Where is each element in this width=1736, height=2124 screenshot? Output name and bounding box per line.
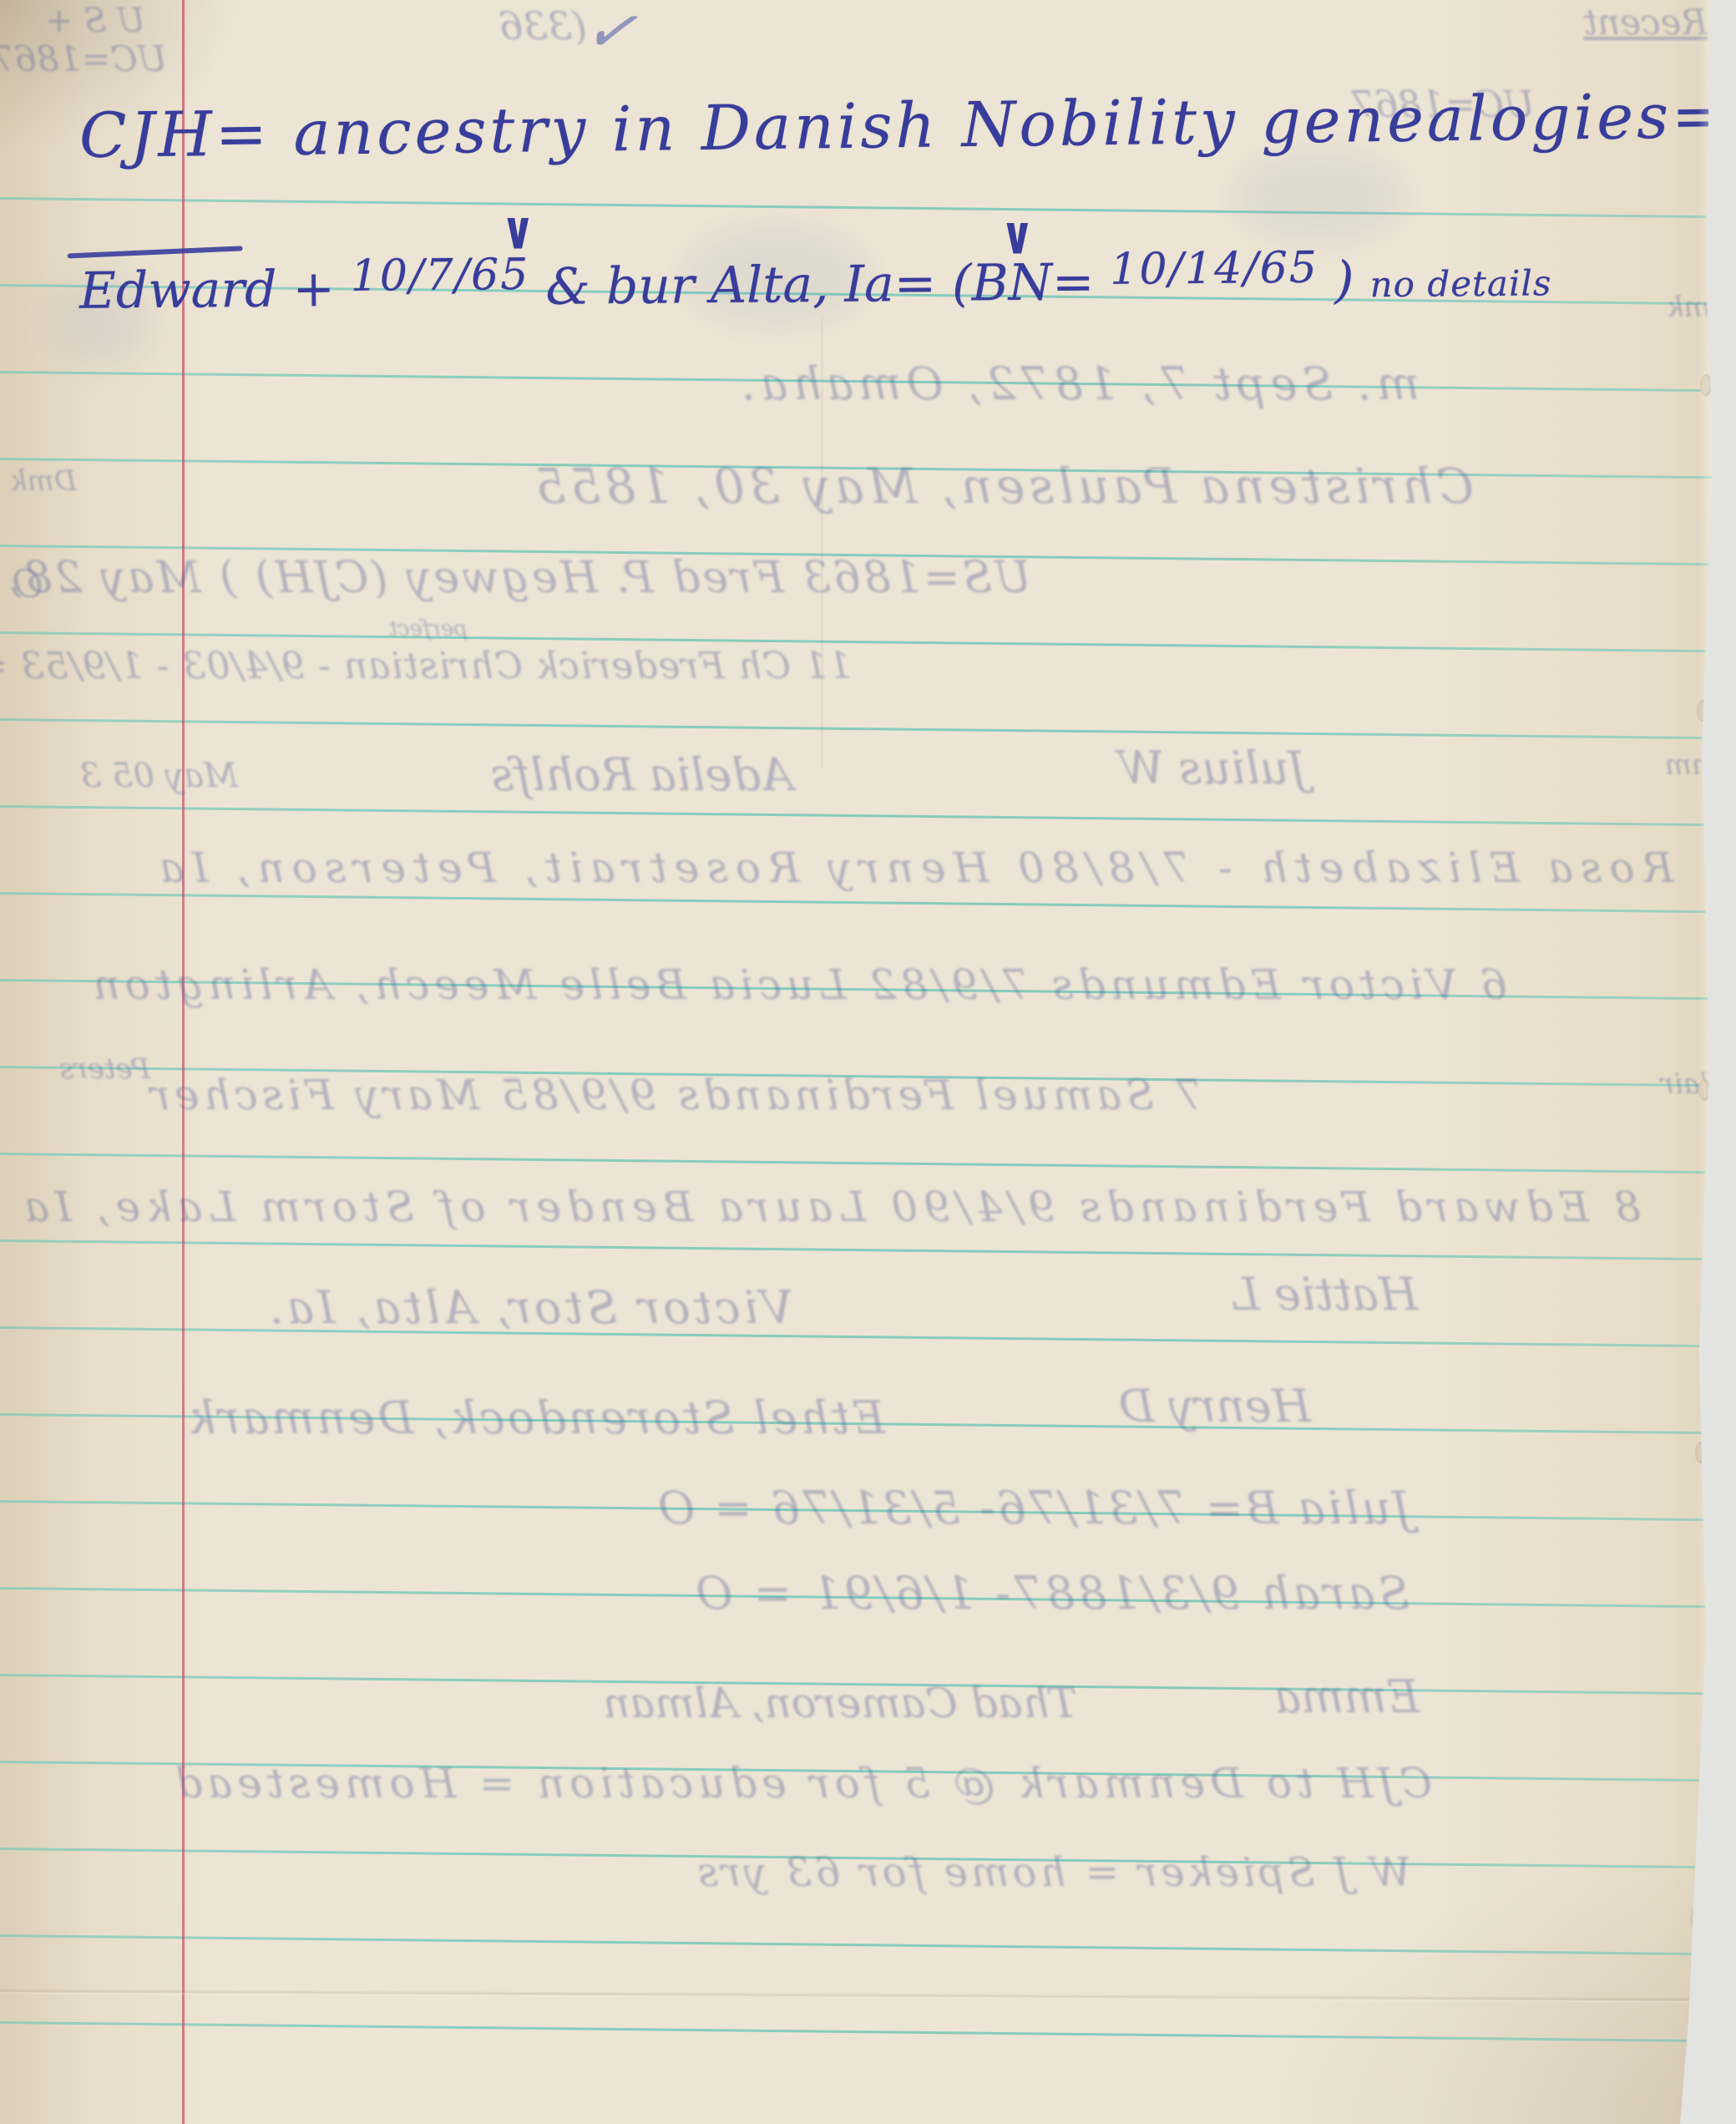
bleed-row_hattie: Hattie L xyxy=(1166,1268,1418,1321)
bleed-row_emma: Emma xyxy=(1243,1670,1420,1723)
rule-line xyxy=(0,805,1712,826)
rule-line xyxy=(0,1934,1712,1955)
rule-line xyxy=(0,2021,1712,2042)
insertion-caret-2: ∨ xyxy=(1000,205,1035,266)
checkmark-icon: ✓ xyxy=(580,0,640,70)
bleed-row_samuel: 7 Samuel Ferdinands 9/9/85 Mary Fischer xyxy=(127,1071,1202,1119)
bleed-row_m_sept: m. Sept 7, 1872, Omaha. xyxy=(726,357,1420,410)
bleed-row_spieker: W J Spieker = home for 63 yrs xyxy=(499,1849,1411,1896)
name-edward: Edward xyxy=(79,261,277,321)
torn-edge-notch xyxy=(1697,700,1708,722)
bleed-row_cjh_denmark: CJH to Denmark @ 5 for education = Homes… xyxy=(29,1759,1432,1807)
page-title-handwriting: CJH= ancestry in Danish Nobility genealo… xyxy=(79,80,1728,172)
notebook-paper: U S +UC=1867Recent(336UC=1867m. Sept 7, … xyxy=(0,0,1736,2124)
bleed-row_julia: Julia B= 7/31/76- 5/31/76 = O xyxy=(499,1482,1411,1534)
bn-date: 10/14/65 xyxy=(1110,243,1318,295)
rule-line xyxy=(0,1153,1712,1174)
torn-edge-notch xyxy=(1695,1442,1707,1463)
bleed-frag_o_left: O xyxy=(5,561,43,606)
bleed-row_ethel: Ethel Storendock, Denmark xyxy=(0,1391,885,1444)
torn-edge-notch xyxy=(1690,1908,1702,1929)
bleed-us_plus: U S + xyxy=(3,2,145,40)
ink-smudge xyxy=(1236,150,1403,242)
rule-line xyxy=(0,197,1712,218)
rule-line xyxy=(0,718,1712,739)
bleed-row_sarah: Sarah 9/3/1887- 1/6/91 = O xyxy=(466,1567,1410,1620)
horizontal-fold-crease xyxy=(0,1989,1703,2004)
insertion-caret-1: ∨ xyxy=(501,200,535,261)
bleed-frag_peters: Peters xyxy=(23,1052,150,1086)
bleed-frag_blair: Blair xyxy=(1633,1067,1730,1101)
bleed-row_christena: Christena Paulsen, May 30, 1855 xyxy=(413,458,1474,515)
note-line-handwriting: Edward + 10/7/65 & bur Alta, Ia= (BN= 10… xyxy=(79,241,1552,320)
bleed-row_victor: 6 Victor Edmunds 7/9/82 Lucia Belle Meec… xyxy=(40,961,1507,1009)
bleed-c336: (336 xyxy=(488,3,587,48)
bleed-row_rosa: 4 Rosa Elizabeth - 7/8/80 Henry Rosetrai… xyxy=(43,844,1728,892)
bleed-row_edward8: 8 Edward Ferdinands 9/4/90 Laura Bender … xyxy=(32,1183,1641,1231)
plus-mark: + xyxy=(292,260,335,318)
bleed-row_victor_stor: Victor Stor, Alta, Ia. xyxy=(58,1281,793,1334)
torn-edge-notch xyxy=(1698,1079,1710,1101)
bleed-row_us1863: US=1863 Fred P. Hegwey (CJH) ) May 28, 1… xyxy=(21,553,1031,603)
bleed-recent: Recent xyxy=(1541,2,1708,43)
close-paren: ) xyxy=(1334,251,1354,309)
bleed-row_adelia: Adelia Rohlfs xyxy=(327,748,793,801)
bleed-frag_dmk_right: Dmk xyxy=(1657,291,1733,324)
bleed-frag_perfect: perfect xyxy=(367,616,468,641)
no-details-note: no details xyxy=(1369,262,1551,305)
bleed-row_frederick: 11 Ch Frederick Christian - 9/4/03 - 1/9… xyxy=(121,645,852,687)
rule-line xyxy=(0,1239,1712,1260)
bleed-frag_dmk_left: Dmk xyxy=(2,464,77,498)
rule-line xyxy=(0,892,1712,913)
bleed-uc_1867: UC=1867 xyxy=(2,38,167,79)
bleed-frag_dnm_right: Dnm xyxy=(1649,748,1733,782)
bleed-frag_may05: May 05 3 xyxy=(46,757,238,795)
bleed-row_thad: Thad Cameron, Alman xyxy=(491,1679,1077,1727)
bleed-row_julius: Julius W xyxy=(954,742,1307,794)
bleed-row_henry: Henry D xyxy=(1059,1380,1311,1432)
torn-edge-notch xyxy=(1700,374,1712,396)
scanned-page: U S +UC=1867Recent(336UC=1867m. Sept 7, … xyxy=(0,0,1736,2124)
